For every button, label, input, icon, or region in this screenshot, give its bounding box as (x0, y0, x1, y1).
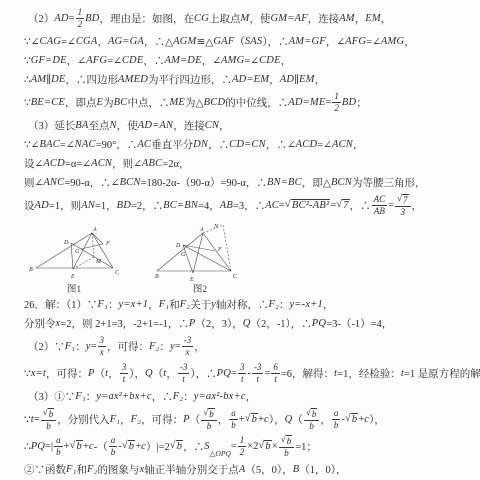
text-run: ， (219, 118, 230, 133)
text-run: 上取点 (209, 11, 241, 26)
text-run: ×2 (247, 441, 258, 452)
text-run: ； (356, 95, 367, 110)
text-run: ，即点 (65, 95, 97, 110)
text-run: =6，解得： (281, 366, 334, 381)
text-run: （2）∵ (28, 339, 65, 354)
math-run: ABC (142, 158, 162, 169)
text-run: ： (279, 297, 290, 312)
math-run: AM (31, 74, 47, 85)
math-run: √b (245, 413, 258, 427)
text-run: （3）延长 (28, 118, 75, 133)
math-run: CG (194, 13, 209, 24)
math-run: √b (345, 413, 358, 427)
text-line-15: ∵x=t，可得：P（t，3t），Q（t，-3t），∴PQ=3t--3t=6t=6… (0, 360, 480, 387)
math-run: AMG (381, 36, 404, 47)
text-run: ），∴ (190, 366, 216, 381)
math-run: ANC (43, 177, 64, 188)
text-run: 设 (24, 198, 35, 213)
fraction: ACAB (372, 195, 388, 216)
fraction: √bb (201, 408, 216, 432)
math-run: AM=GF (289, 36, 326, 47)
text-run: =∠ (107, 55, 122, 67)
math-run: M (240, 13, 249, 24)
text-run: = (91, 341, 97, 352)
text-run: （1，0）， (299, 462, 346, 477)
math-run: F₁ (75, 391, 85, 402)
text-run: =∠ (61, 36, 76, 48)
math-run: BAC (39, 139, 59, 150)
text-run: ∵∠ (24, 139, 39, 151)
text-run: ，连接 (308, 11, 340, 26)
math-run: √b (122, 440, 135, 454)
math-run: AM (339, 13, 355, 24)
math-run: AM=DE (164, 55, 201, 66)
sqrt-radical: √b (306, 408, 317, 420)
svg-text:A: A (92, 227, 97, 233)
math-run: P (189, 318, 196, 329)
text-line-2: ∵∠CAG=∠CGA，AG=GA，∴△AGM≌△GAF（SAS），∴AM=GF，… (0, 32, 480, 51)
text-run: ）， (269, 412, 285, 427)
text-run: （5，0）， (245, 462, 292, 477)
text-run: 轴对称，∴ (216, 297, 269, 312)
text-run: ，分别代入 (57, 412, 110, 427)
text-run: ， (412, 198, 423, 213)
math-run: ME (169, 97, 185, 108)
fraction: -3x (182, 336, 194, 357)
math-run: AD (280, 74, 294, 85)
math-run: CN (205, 120, 219, 131)
text-run: = (69, 13, 75, 24)
text-run: ，∠ (67, 53, 86, 68)
fraction: 12 (332, 92, 341, 113)
text-run: =1，则 (49, 198, 81, 213)
text-run: ，∠ (202, 53, 221, 68)
svg-text:B: B (29, 267, 33, 273)
text-run: ）， (129, 366, 145, 381)
text-line-8: 设∠ACD=α=∠ACN，则∠ABC=2α， (0, 154, 480, 173)
text-run: × (272, 441, 278, 452)
text-run: - (247, 368, 251, 379)
text-run: =90-α，∴∠ (64, 175, 119, 190)
math-run: ACN (332, 139, 353, 150)
math-run: x=t (31, 368, 46, 379)
text-line-3: ∵GF=DE，∠AFG=∠CDE，∴AM=DE，∠AMG=∠CDE， (0, 51, 480, 70)
text-run: （ (292, 412, 303, 427)
sqrt-radical: √b (122, 440, 135, 454)
math-run: y=ax²-bx+c (194, 391, 246, 402)
fraction: ab (229, 409, 238, 430)
triangle-diagram: BECDAFGM (28, 221, 120, 282)
text-run: ， (320, 412, 331, 427)
math-run: CD=CN (229, 139, 266, 150)
math-run: √b (170, 440, 183, 454)
text-run: ： (159, 339, 170, 354)
sqrt-radical: √b (258, 440, 271, 454)
math-run: GF=DE (31, 55, 67, 66)
text-run: = (264, 368, 270, 379)
text-line-12: 26．解：（1）∵F₁：y=x+1，F₁ 和 F₂ 关于 y 轴对称，∴F₂：y… (0, 295, 480, 314)
text-run: 中点，∴ (127, 95, 169, 110)
text-run: -（ (94, 439, 108, 454)
text-run: ， (148, 297, 159, 312)
sqrt-radical: √7 (336, 199, 349, 213)
math-run: DN (193, 139, 208, 150)
math-run: AGM (173, 36, 196, 47)
text-run: （ (190, 412, 201, 427)
fraction: -3t (252, 363, 264, 384)
text-run: 轴正半轴分别交于点 (144, 462, 239, 477)
text-run: （ (153, 366, 164, 381)
math-run: CGA (76, 36, 98, 47)
text-run: ，∴ (143, 53, 164, 68)
text-run: =1，经检验： (337, 366, 401, 381)
math-run: √BC²-AB² (285, 199, 330, 213)
text-run: = (34, 414, 40, 425)
math-run: P (183, 414, 190, 425)
text-run: ），∴ (262, 34, 288, 49)
text-run: =2α， (162, 156, 189, 171)
text-run: ： (108, 297, 119, 312)
math-run: BCN (120, 177, 141, 188)
math-run: CDE (259, 55, 281, 66)
text-run: ， (323, 297, 334, 312)
fraction: ab (54, 436, 63, 457)
fraction: √bb (304, 408, 319, 432)
svg-text:E: E (70, 274, 75, 280)
figure-caption: 图2 (193, 281, 207, 295)
text-run: ，∴ (183, 439, 204, 454)
text-run: ，使 (117, 118, 138, 133)
text-run: ∵ (24, 414, 31, 426)
math-run: EM (365, 13, 381, 24)
math-run: P (88, 368, 95, 379)
text-run: ，可得： (46, 366, 88, 381)
text-run: ，可得： (107, 339, 149, 354)
math-run: AFG (86, 55, 107, 66)
text-run: ，可得： (141, 412, 183, 427)
math-run: BD (85, 13, 99, 24)
math-run: F₁ (159, 299, 169, 310)
math-run: E (97, 97, 104, 108)
text-run: ： (86, 389, 97, 404)
text-run: =1， (95, 198, 117, 213)
math-run: BN=BC (267, 177, 302, 188)
text-run: （2） (28, 11, 54, 26)
geometry-figure-1: BECDAFGM图1 (28, 221, 120, 295)
text-run: 设∠ (24, 156, 43, 171)
text-run: （ (234, 34, 245, 49)
math-run: AMED (118, 74, 148, 85)
sqrt-radical: √7 (397, 194, 408, 206)
math-run: CAG (39, 36, 61, 47)
text-run: ： (183, 389, 194, 404)
math-run: PQ (312, 318, 326, 329)
math-run: DE (51, 74, 65, 85)
text-run: ，∴ (208, 137, 229, 152)
text-run: ，理由是：如图，在 (99, 11, 194, 26)
math-run: Q (285, 414, 293, 425)
text-line-18: ∴PQ=|ab+√b+c-（ab-√b+c）|=2√b，∴S△OPQ=12×2√… (0, 433, 480, 460)
math-run: y=-x+1 (290, 299, 323, 310)
text-run: =3，∴ (233, 198, 265, 213)
text-run: ， (120, 412, 131, 427)
math-run: AB (220, 200, 233, 211)
text-run: ，∠ (326, 34, 345, 49)
text-run: =∠ (317, 139, 332, 151)
svg-text:M: M (95, 259, 102, 265)
text-run: ， (194, 339, 205, 354)
math-run: B (293, 464, 300, 475)
math-run: PQ (217, 368, 231, 379)
text-run: 关于 (190, 297, 211, 312)
document-page: （2）AD=12BD，理由是：如图，在 CG 上取点 M，使 GM=AF，连接 … (0, 0, 480, 480)
text-run: ， (218, 412, 229, 427)
text-run: =3-（-1）=4， (326, 316, 392, 331)
text-line-5: ∵BE=CE，即点 E 为 BC 中点，∴ME 为△BCD 的中位线，∴AD=M… (0, 89, 480, 116)
math-run: AD (54, 13, 68, 24)
text-run: ，∴ (350, 198, 371, 213)
math-run: PQ (31, 441, 45, 452)
text-run: （2，3）， (195, 316, 242, 331)
text-run: 的图象与 (97, 462, 139, 477)
svg-text:F: F (217, 247, 222, 253)
text-run: ，∴∠ (266, 137, 296, 152)
solution-text: （2）AD=12BD，理由是：如图，在 CG 上取点 M，使 GM=AF，连接 … (0, 5, 480, 479)
math-run: AFG (345, 36, 366, 47)
svg-text:C: C (233, 274, 238, 280)
sqrt-radical: √BC²-AB² (285, 199, 330, 213)
text-run: ， (353, 137, 364, 152)
text-run: 为△ (185, 95, 204, 110)
math-run: AD=ME (288, 97, 325, 108)
text-run: =∠ (366, 36, 381, 48)
text-run: =| (45, 441, 53, 452)
math-run: F₂ (87, 464, 97, 475)
text-run: ： (75, 339, 86, 354)
text-run: ∵ (24, 55, 31, 67)
math-run: BA (75, 120, 88, 131)
text-run: ，即△ (302, 175, 331, 190)
text-run: ≌△ (196, 36, 213, 48)
text-run: 和 (169, 297, 180, 312)
svg-text:A: A (199, 227, 204, 233)
math-run: F₂ (173, 391, 183, 402)
text-run: 为等腰三角形， (352, 175, 426, 190)
math-run: F₁ (98, 299, 108, 310)
svg-text:G: G (75, 249, 80, 255)
text-run: 为平行四边形，∴ (148, 72, 232, 87)
math-run: N (109, 120, 116, 131)
math-run: CDE (122, 55, 144, 66)
math-run: F₁ (110, 414, 120, 425)
text-line-17: ∵t=√bb，分别代入 F₁，F₂，可得：P（√bb，ab+√b+c），Q（√b… (0, 406, 480, 433)
text-run: = (231, 368, 237, 379)
svg-text:C: C (115, 270, 120, 276)
math-run: ACN (91, 158, 112, 169)
text-run: （3）①∵ (28, 389, 75, 404)
fraction: √bb (41, 408, 56, 432)
text-run: = (231, 441, 237, 452)
text-run: ， (166, 366, 177, 381)
math-run: AD (35, 200, 49, 211)
text-run: ∴ (24, 74, 31, 86)
text-run: （2，-1），∴ (251, 316, 312, 331)
svg-text:F: F (105, 241, 110, 247)
text-run: ∵ (24, 368, 31, 380)
text-run: 至点 (88, 118, 109, 133)
math-run: BCN (331, 177, 352, 188)
text-run: 的中位线，∴ (225, 95, 288, 110)
text-run: ，∴四边形 (66, 72, 119, 87)
math-run: GM=AF (270, 13, 307, 24)
fraction: -3t (178, 363, 190, 384)
fraction: ab (332, 409, 341, 430)
text-run: ， (97, 34, 108, 49)
svg-text:G: G (181, 252, 186, 258)
math-run: F₁ (66, 464, 76, 475)
fraction: √bb (279, 435, 294, 459)
text-run: =α=∠ (65, 158, 91, 170)
text-run: 垂直平分 (151, 137, 193, 152)
math-run: F₂ (269, 299, 279, 310)
text-line-19: ②∵函数 F₁ 和 F₂ 的图象与 x 轴正半轴分别交于点 A（5，0），B（1… (0, 460, 480, 479)
text-run: 和 (76, 462, 87, 477)
math-run: y=x+1 (118, 299, 148, 310)
text-run: ∵∠ (24, 36, 39, 48)
math-run: BD (117, 200, 131, 211)
math-run: GAF (213, 36, 234, 47)
math-run: AC (137, 139, 151, 150)
math-run: ACD (296, 139, 318, 150)
math-run: BC=BN (163, 200, 198, 211)
geometry-figure-2: BECDAGFN图2 (154, 221, 246, 295)
math-run: F₂ (180, 299, 190, 310)
text-run: ，∴△ (144, 34, 173, 49)
fraction: √73 (395, 194, 410, 218)
text-run: ， (381, 11, 392, 26)
math-run: AMG (221, 55, 244, 66)
text-run: ，∴ (152, 389, 173, 404)
figure-caption: 图1 (67, 281, 81, 295)
fraction: 12 (238, 436, 247, 457)
svg-text:D: D (63, 240, 69, 246)
sqrt-radical: √b (170, 440, 183, 454)
text-line-6: （3）延长 BA 至点 N，使 AD=AN，连接 CN， (0, 116, 480, 135)
math-run: AD=EM (232, 74, 269, 85)
math-run: BC (114, 97, 128, 108)
math-run: EM (299, 74, 315, 85)
text-line-13: 分别令 x=2，则 2+1=3，-2+1=-1，∴P（2，3），Q（2，-1），… (0, 314, 480, 333)
text-run: 为 (103, 95, 114, 110)
subscript: △OPQ (210, 449, 231, 458)
math-run: F₁ (65, 341, 75, 352)
text-run: ， (404, 34, 415, 49)
math-run: BE=CE (31, 97, 65, 108)
sqrt-radical: √b (345, 413, 358, 427)
svg-text:B: B (155, 274, 159, 280)
text-line-1: （2）AD=12BD，理由是：如图，在 CG 上取点 M，使 GM=AF，连接 … (0, 5, 480, 32)
text-run: ， (315, 72, 326, 87)
text-line-7: ∵∠BAC=∠NAC=90°，∴AC 垂直平分 DN，∴CD=CN，∴∠ACD=… (0, 135, 480, 154)
math-run: √b (258, 440, 271, 454)
math-run: SAS (245, 36, 263, 47)
text-run: 26．解：（1）∵ (24, 297, 98, 312)
math-run: Q (243, 318, 251, 329)
text-run: =90°，∴ (96, 137, 138, 152)
fraction: 3t (120, 363, 129, 384)
sqrt-radical: √b (43, 408, 54, 420)
math-run: AD=AN (138, 120, 174, 131)
math-run: √b (70, 440, 83, 454)
fraction: 3x (98, 336, 107, 357)
math-run: √7 (336, 199, 349, 213)
math-run: F₂ (131, 414, 141, 425)
text-run: =∠ (60, 139, 75, 151)
text-line-4: ∴AM∥DE，∴四边形 AMED 为平行四边形，∴AD=EM，AD∥EM， (0, 70, 480, 89)
math-run: Q (145, 368, 153, 379)
fraction: ab (109, 436, 118, 457)
text-run: （ (95, 366, 106, 381)
sqrt-radical: √b (245, 413, 258, 427)
text-run: =4， (198, 198, 220, 213)
fraction: 3t (238, 363, 247, 384)
text-run: =2，则 2+1=3，-2+1=-1，∴ (60, 316, 188, 331)
text-run: =∠ (244, 55, 259, 67)
text-run: ， (108, 366, 119, 381)
math-run: BD (342, 97, 356, 108)
math-run: y=ax²+bx+c (96, 391, 152, 402)
text-run: ）， (369, 412, 385, 427)
math-run: ACD (43, 158, 65, 169)
math-run: AG=GA (108, 36, 144, 47)
text-run: ，使 (249, 11, 270, 26)
sqrt-radical: √b (281, 435, 292, 447)
math-run: A (239, 464, 246, 475)
math-run: F₂ (149, 341, 159, 352)
text-run: ，则∠ (112, 156, 142, 171)
text-run: =1 是原方程的解， (404, 366, 480, 381)
text-run: ， (281, 53, 292, 68)
fraction: 6t (271, 363, 280, 384)
text-run: ，连接 (173, 118, 205, 133)
text-run: ∵ (24, 97, 31, 109)
math-run: NAC (75, 139, 96, 150)
fraction: 12 (76, 8, 85, 29)
text-run: ， (269, 72, 280, 87)
triangle-diagram: BECDAGFN (154, 221, 246, 282)
text-line-10: 设 AD=1，则 AN=1，BD=2，∴BC=BN=4，AB=3，∴AC=√BC… (0, 192, 480, 219)
text-run: =180-2α-（90-α）=90-α，∴ (141, 175, 267, 190)
text-run: =1； (295, 439, 317, 454)
text-run: 分别令 (24, 316, 56, 331)
figures-row: BECDAFGM图1BECDAGFN图2 (28, 221, 480, 295)
text-run: = (325, 97, 331, 108)
text-run: ∴ (24, 441, 31, 453)
sqrt-radical: √b (70, 440, 83, 454)
text-run: ）|=2 (146, 439, 170, 454)
text-run: = (388, 200, 394, 211)
svg-text:D: D (175, 243, 181, 249)
text-line-9: 则∠ANC=90-α，∴∠BCN=180-2α-（90-α）=90-α，∴BN=… (0, 173, 480, 192)
math-run: AN (81, 200, 95, 211)
text-run: 则∠ (24, 175, 43, 190)
text-line-16: （3）①∵F₁：y=ax²+bx+c，∴F₂：y=ax²-bx+c， (0, 387, 480, 406)
text-run: =2，∴ (131, 198, 163, 213)
text-run: ， (355, 11, 366, 26)
sqrt-radical: √b (203, 408, 214, 420)
math-run: AC (265, 200, 279, 211)
text-line-14: （2）∵F₁：y=3x，可得：F₂：y=-3x， (0, 333, 480, 360)
